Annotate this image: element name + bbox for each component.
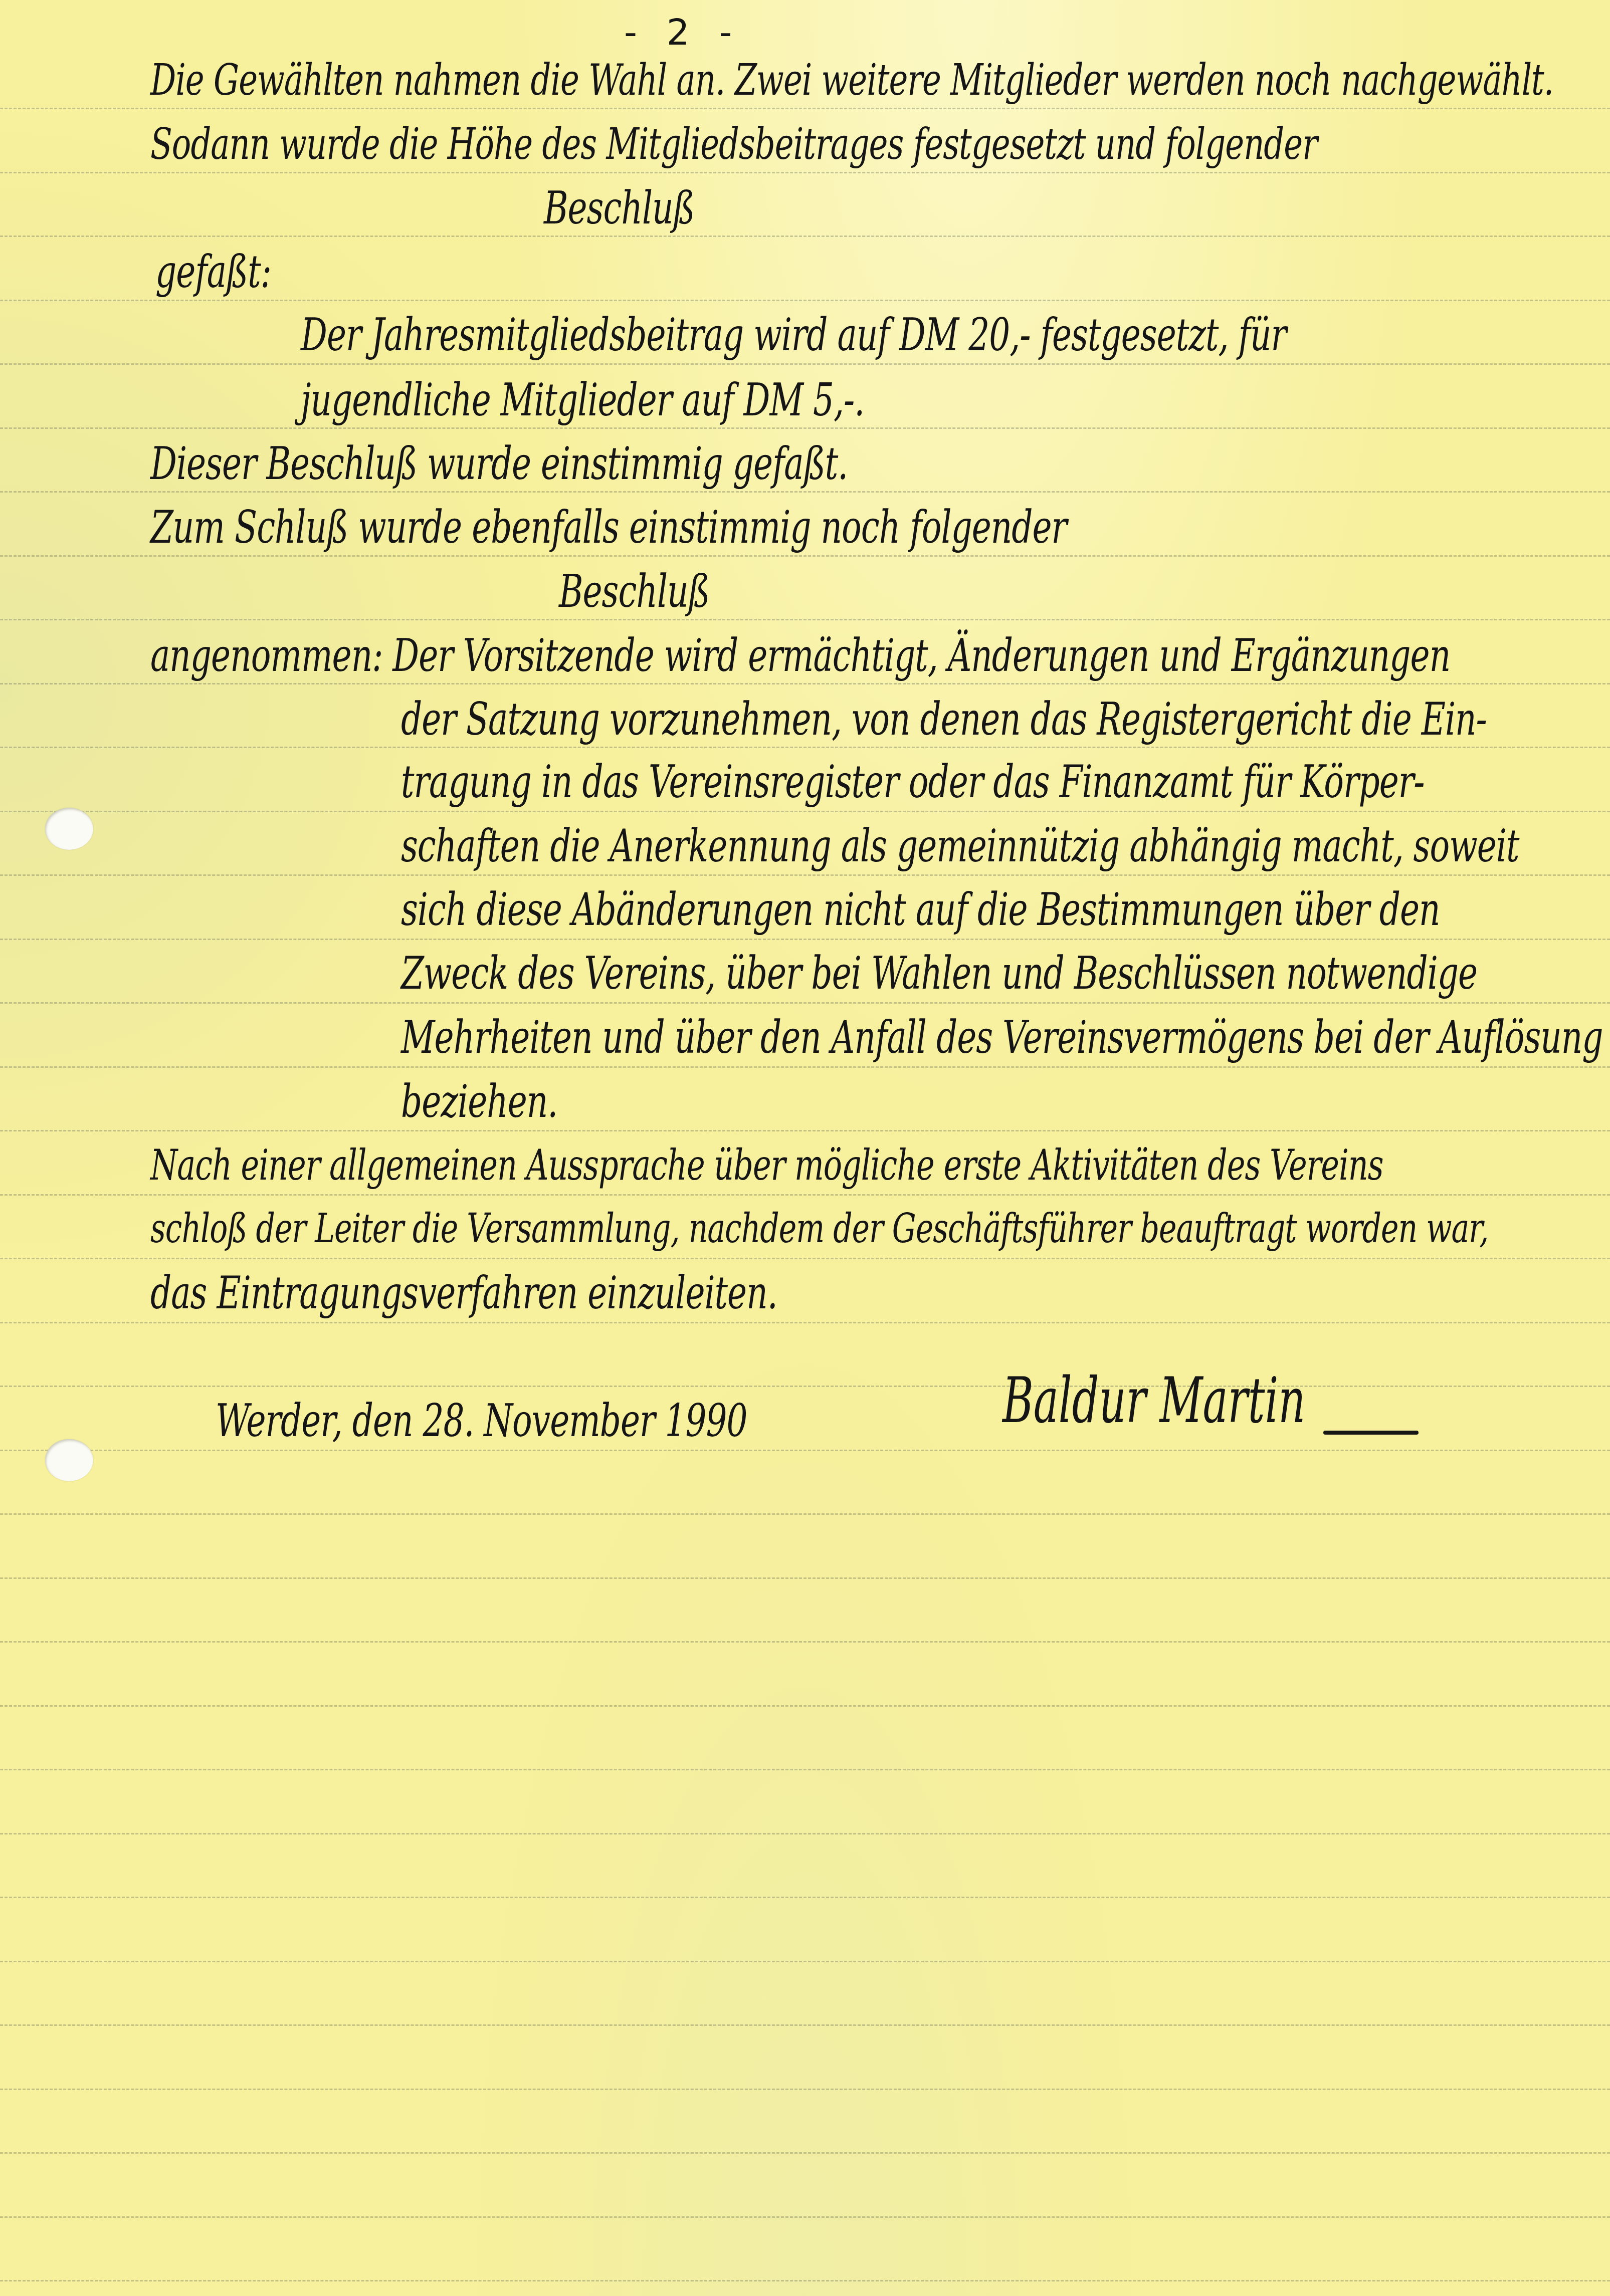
text-line-2: Sodann wurde die Höhe des Mitgliedsbeitr… xyxy=(150,123,1317,166)
rule-line xyxy=(0,172,1610,173)
text-line-20: das Eintragungsverfahren einzuleiten. xyxy=(150,1271,777,1316)
rule-line xyxy=(0,2024,1610,2026)
rule-line xyxy=(0,427,1610,429)
rule-line xyxy=(0,747,1610,748)
place-date: Werder, den 28. November 1990 xyxy=(216,1399,747,1444)
rule-line xyxy=(0,300,1610,301)
page-number: - 2 - xyxy=(624,11,741,53)
text-line-15: Zweck des Vereins, über bei Wahlen und B… xyxy=(401,952,1477,996)
rule-line xyxy=(0,1258,1610,1259)
rule-line xyxy=(0,1705,1610,1707)
rule-line xyxy=(0,1322,1610,1323)
rule-line xyxy=(0,619,1610,620)
text-line-gefasst: gefaßt: xyxy=(155,250,271,295)
rule-line xyxy=(0,236,1610,237)
rule-line xyxy=(0,1194,1610,1196)
signature: Baldur Martin xyxy=(1002,1363,1305,1437)
rule-line xyxy=(0,1897,1610,1898)
rule-line xyxy=(0,1513,1610,1515)
rule-line xyxy=(0,108,1610,109)
text-line-fee-adult: Der Jahresmitgliedsbeitrag wird auf DM 2… xyxy=(301,313,1286,358)
heading-beschluss-1: Beschluß xyxy=(544,186,695,231)
punch-hole-lower xyxy=(45,1439,93,1481)
rule-line xyxy=(0,811,1610,812)
rule-line xyxy=(0,363,1610,365)
rule-line xyxy=(0,1130,1610,1131)
rule-line xyxy=(0,1961,1610,1962)
rule-line xyxy=(0,1577,1610,1579)
rule-line xyxy=(0,2216,1610,2218)
rule-line xyxy=(0,2280,1610,2281)
rule-line xyxy=(0,1833,1610,1834)
text-line-1: Die Gewählten nahmen die Wahl an. Zwei w… xyxy=(150,59,1553,102)
rule-line xyxy=(0,1386,1610,1387)
text-line-12: tragung in das Vereinsregister oder das … xyxy=(401,760,1425,805)
rule-line xyxy=(0,1769,1610,1770)
punch-hole-upper xyxy=(45,808,93,850)
text-line-18: Nach einer allgemeinen Aussprache über m… xyxy=(150,1144,1383,1186)
text-line-10: angenommen: Der Vorsitzende wird ermächt… xyxy=(150,634,1450,678)
text-line-8: Zum Schluß wurde ebenfalls einstimmig no… xyxy=(150,506,1067,550)
text-line-fee-youth: jugendliche Mitglieder auf DM 5,-. xyxy=(301,378,864,423)
text-line-7: Dieser Beschluß wurde einstimmig gefaßt. xyxy=(150,442,848,487)
text-line-19: schloß der Leiter die Versammlung, nachd… xyxy=(150,1208,1488,1249)
rule-line xyxy=(0,2089,1610,2090)
text-line-17: beziehen. xyxy=(401,1080,557,1124)
rule-line xyxy=(0,555,1610,557)
text-line-14: sich diese Abänderungen nicht auf die Be… xyxy=(401,888,1440,933)
rule-line xyxy=(0,1450,1610,1451)
signature-underline xyxy=(1323,1431,1419,1435)
text-line-13: schaften die Anerkennung als gemeinnützi… xyxy=(401,824,1519,869)
rule-line xyxy=(0,1641,1610,1643)
text-line-11: der Satzung vorzunehmen, von denen das R… xyxy=(401,698,1487,742)
rule-line xyxy=(0,2152,1610,2154)
heading-beschluss-2: Beschluß xyxy=(559,570,710,614)
rule-line xyxy=(0,939,1610,940)
text-line-16: Mehrheiten und über den Anfall des Verei… xyxy=(401,1016,1603,1060)
rule-line xyxy=(0,491,1610,493)
rule-line xyxy=(0,683,1610,684)
rule-line xyxy=(0,1066,1610,1068)
rule-line xyxy=(0,874,1610,876)
rule-line xyxy=(0,1002,1610,1004)
